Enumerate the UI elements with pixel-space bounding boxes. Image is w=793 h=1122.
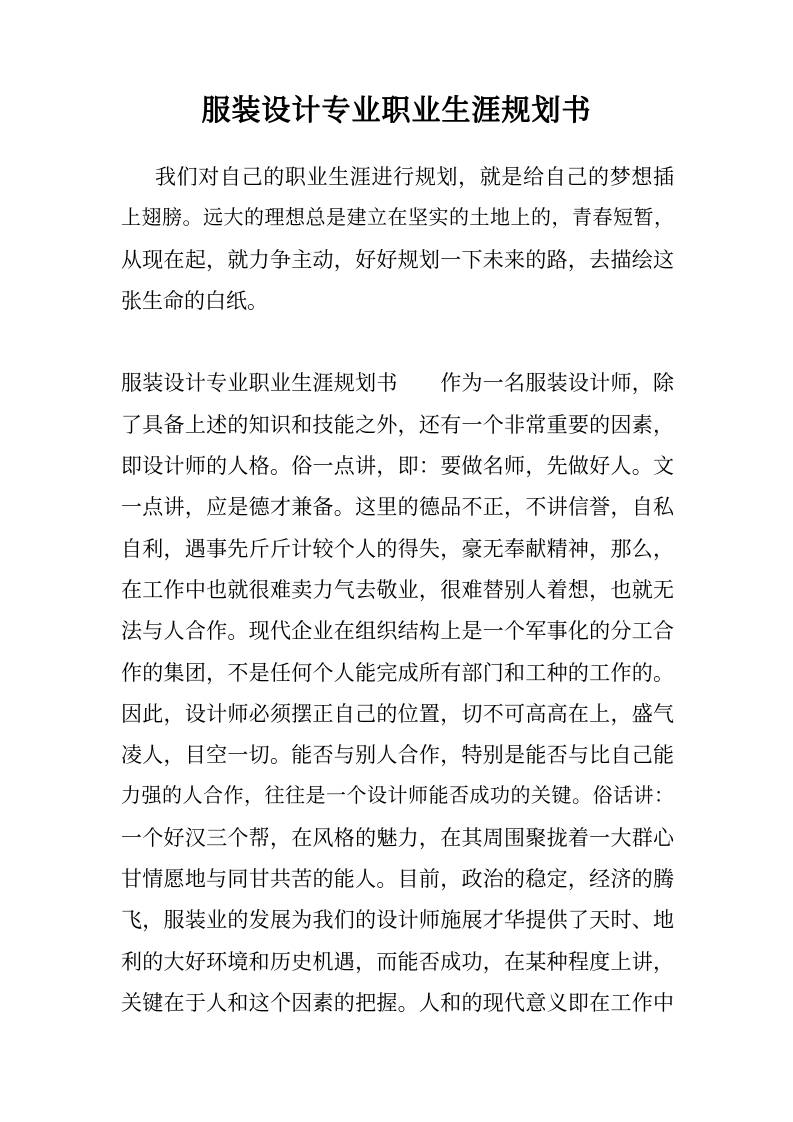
blank-line xyxy=(121,322,674,363)
text-line: 凌人，目空一切。能否与别人合作，特别是能否与比自己能 xyxy=(121,735,674,776)
text-line: 力强的人合作，往往是一个设计师能否成功的关键。俗话讲： xyxy=(121,776,674,817)
text-line: 利的大好环境和历史机遇，而能否成功，在某种程度上讲， xyxy=(121,942,674,983)
text-line: 法与人合作。现代企业在组织结构上是一个军事化的分工合 xyxy=(121,611,674,652)
text-line: 一个好汉三个帮，在风格的魅力，在其周围聚拢着一大群心 xyxy=(121,818,674,859)
text-line: 从现在起，就力争主动，好好规划一下未来的路，去描绘这 xyxy=(121,240,674,281)
text-line: 服装设计专业职业生涯规划书 作为一名服装设计师，除 xyxy=(121,363,674,404)
text-line: 张生命的白纸。 xyxy=(121,281,674,322)
text-line: 一点讲，应是德才兼备。这里的德品不正，不讲信誉，自私 xyxy=(121,487,674,528)
text-line: 因此，设计师必须摆正自己的位置，切不可高高在上，盛气 xyxy=(121,694,674,735)
document-page: 服装设计专业职业生涯规划书 我们对自己的职业生涯进行规划，就是给自己的梦想插上翅… xyxy=(0,0,793,1122)
document-body: 我们对自己的职业生涯进行规划，就是给自己的梦想插上翅膀。远大的理想总是建立在坚实… xyxy=(121,157,674,1024)
text-line: 飞，服装业的发展为我们的设计师施展才华提供了天时、地 xyxy=(121,900,674,941)
text-line: 关键在于人和这个因素的把握。人和的现代意义即在工作中 xyxy=(121,983,674,1024)
text-line: 了具备上述的知识和技能之外，还有一个非常重要的因素， xyxy=(121,405,674,446)
document-title: 服装设计专业职业生涯规划书 xyxy=(0,92,793,130)
text-line: 即设计师的人格。俗一点讲，即：要做名师，先做好人。文 xyxy=(121,446,674,487)
text-line: 上翅膀。远大的理想总是建立在坚实的土地上的，青春短暂， xyxy=(121,198,674,239)
text-line: 甘情愿地与同甘共苦的能人。目前，政治的稳定，经济的腾 xyxy=(121,859,674,900)
text-line: 自利，遇事先斤斤计较个人的得失，豪无奉献精神，那么， xyxy=(121,529,674,570)
text-line: 我们对自己的职业生涯进行规划，就是给自己的梦想插 xyxy=(121,157,674,198)
text-line: 作的集团，不是任何个人能完成所有部门和工种的工作的。 xyxy=(121,653,674,694)
text-line: 在工作中也就很难卖力气去敬业，很难替别人着想，也就无 xyxy=(121,570,674,611)
